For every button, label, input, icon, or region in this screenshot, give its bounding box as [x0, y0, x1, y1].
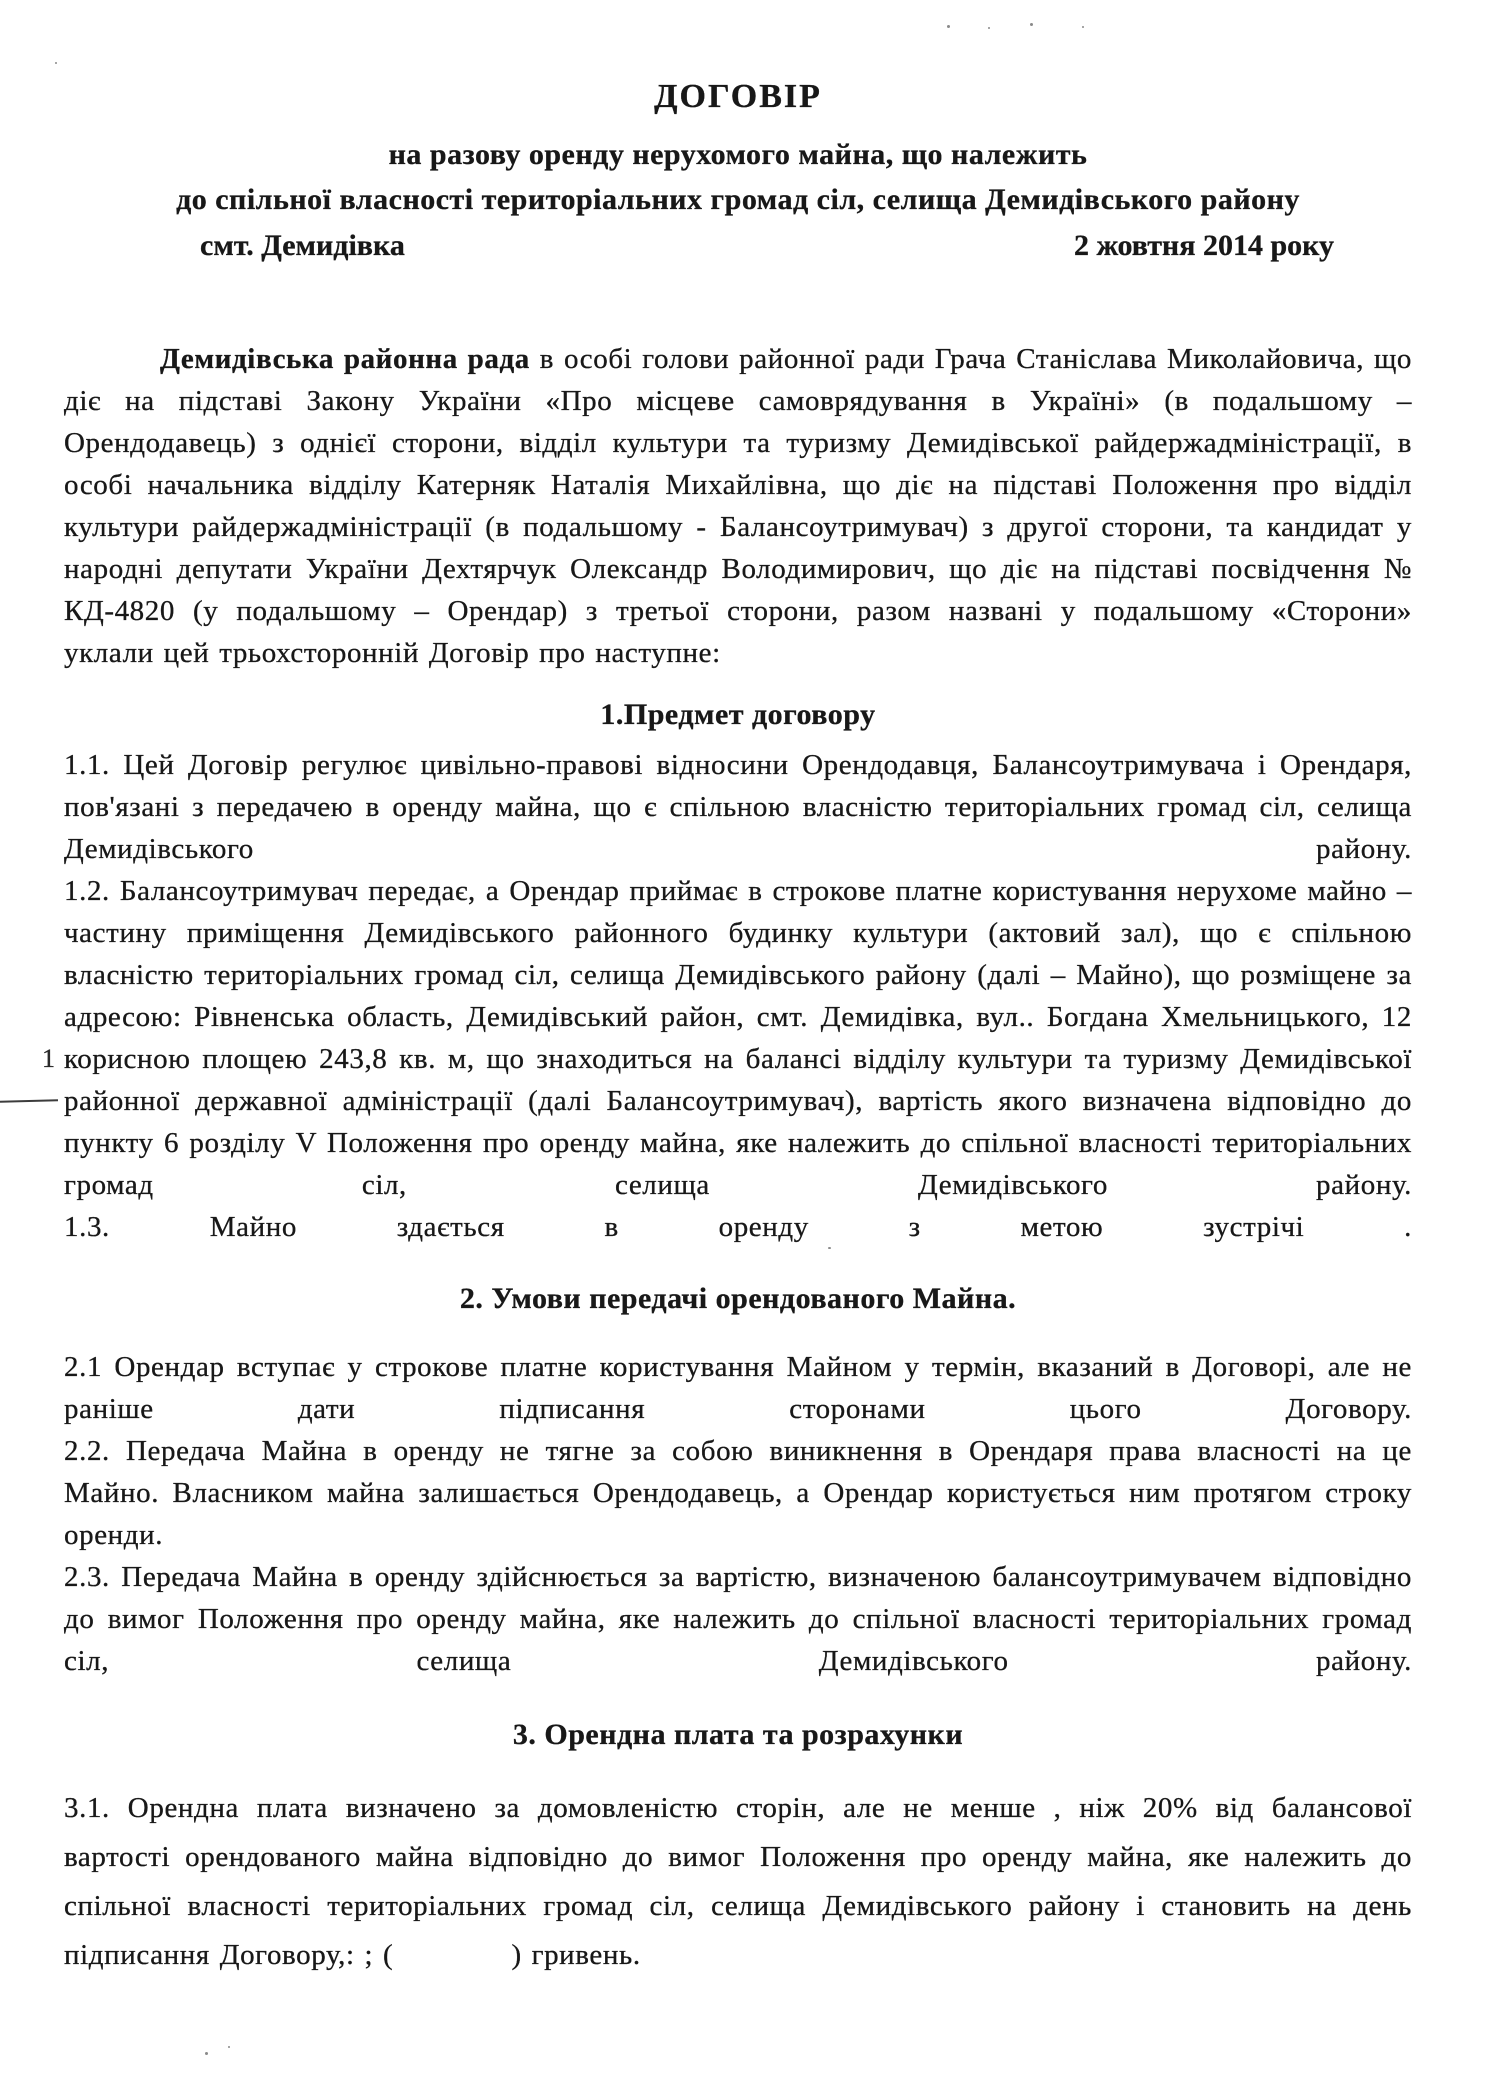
- scan-speck: [988, 27, 990, 29]
- preamble-rest: в особі голови районної ради Грача Стані…: [64, 343, 1412, 669]
- document-place: смт. Демидівка: [200, 224, 405, 268]
- scan-speck: [947, 25, 950, 28]
- preamble-lead: Демидівська районна рада: [160, 343, 530, 375]
- section-1-heading: 1.Предмет договору: [64, 698, 1412, 732]
- preamble-paragraph: Демидівська районна рада в особі голови …: [64, 338, 1412, 674]
- document-content: ДОГОВІР на разову оренду нерухомого майн…: [64, 78, 1412, 1980]
- document-subtitle-line: на разову оренду нерухомого майна, що на…: [64, 132, 1412, 177]
- place-date-row: смт. Демидівка 2 жовтня 2014 року: [64, 222, 1412, 268]
- document-date: 2 жовтня 2014 року: [1074, 224, 1334, 268]
- clause-2-3: 2.3. Передача Майна в оренду здійснюєтьс…: [64, 1556, 1412, 1682]
- section-2-heading: 2. Умови передачі орендованого Майна.: [64, 1282, 1412, 1316]
- clause-2-2: 2.2. Передача Майна в оренду не тягне за…: [64, 1430, 1412, 1556]
- section-3-heading: 3. Орендна плата та розрахунки: [64, 1718, 1412, 1752]
- scan-speck: [1082, 26, 1084, 28]
- clause-3-1: 3.1. Орендна плата визначено за домовлен…: [64, 1784, 1412, 1980]
- scan-speck: [55, 62, 57, 64]
- clause-1-1: 1.1. Цей Договір регулює цивільно-правов…: [64, 744, 1412, 870]
- document-subtitle-line: до спільної власності територіальних гро…: [64, 177, 1412, 222]
- clause-1-2: 1.2. Балансоутримувач передає, а Орендар…: [64, 870, 1412, 1206]
- clause-2-1: 2.1 Орендар вступає у строкове платне ко…: [64, 1346, 1412, 1430]
- margin-note: 1: [42, 1044, 55, 1074]
- scan-speck: [228, 2046, 230, 2048]
- scan-speck: [205, 2052, 208, 2055]
- clause-1-3: 1.3. Майно здається в оренду з метою зус…: [64, 1206, 1412, 1248]
- document-title: ДОГОВІР: [64, 78, 1412, 116]
- document-page: 1 ДОГОВІР на разову оренду нерухомого ма…: [0, 0, 1498, 2074]
- scan-speck: [1030, 23, 1033, 26]
- margin-dash: [0, 1099, 58, 1103]
